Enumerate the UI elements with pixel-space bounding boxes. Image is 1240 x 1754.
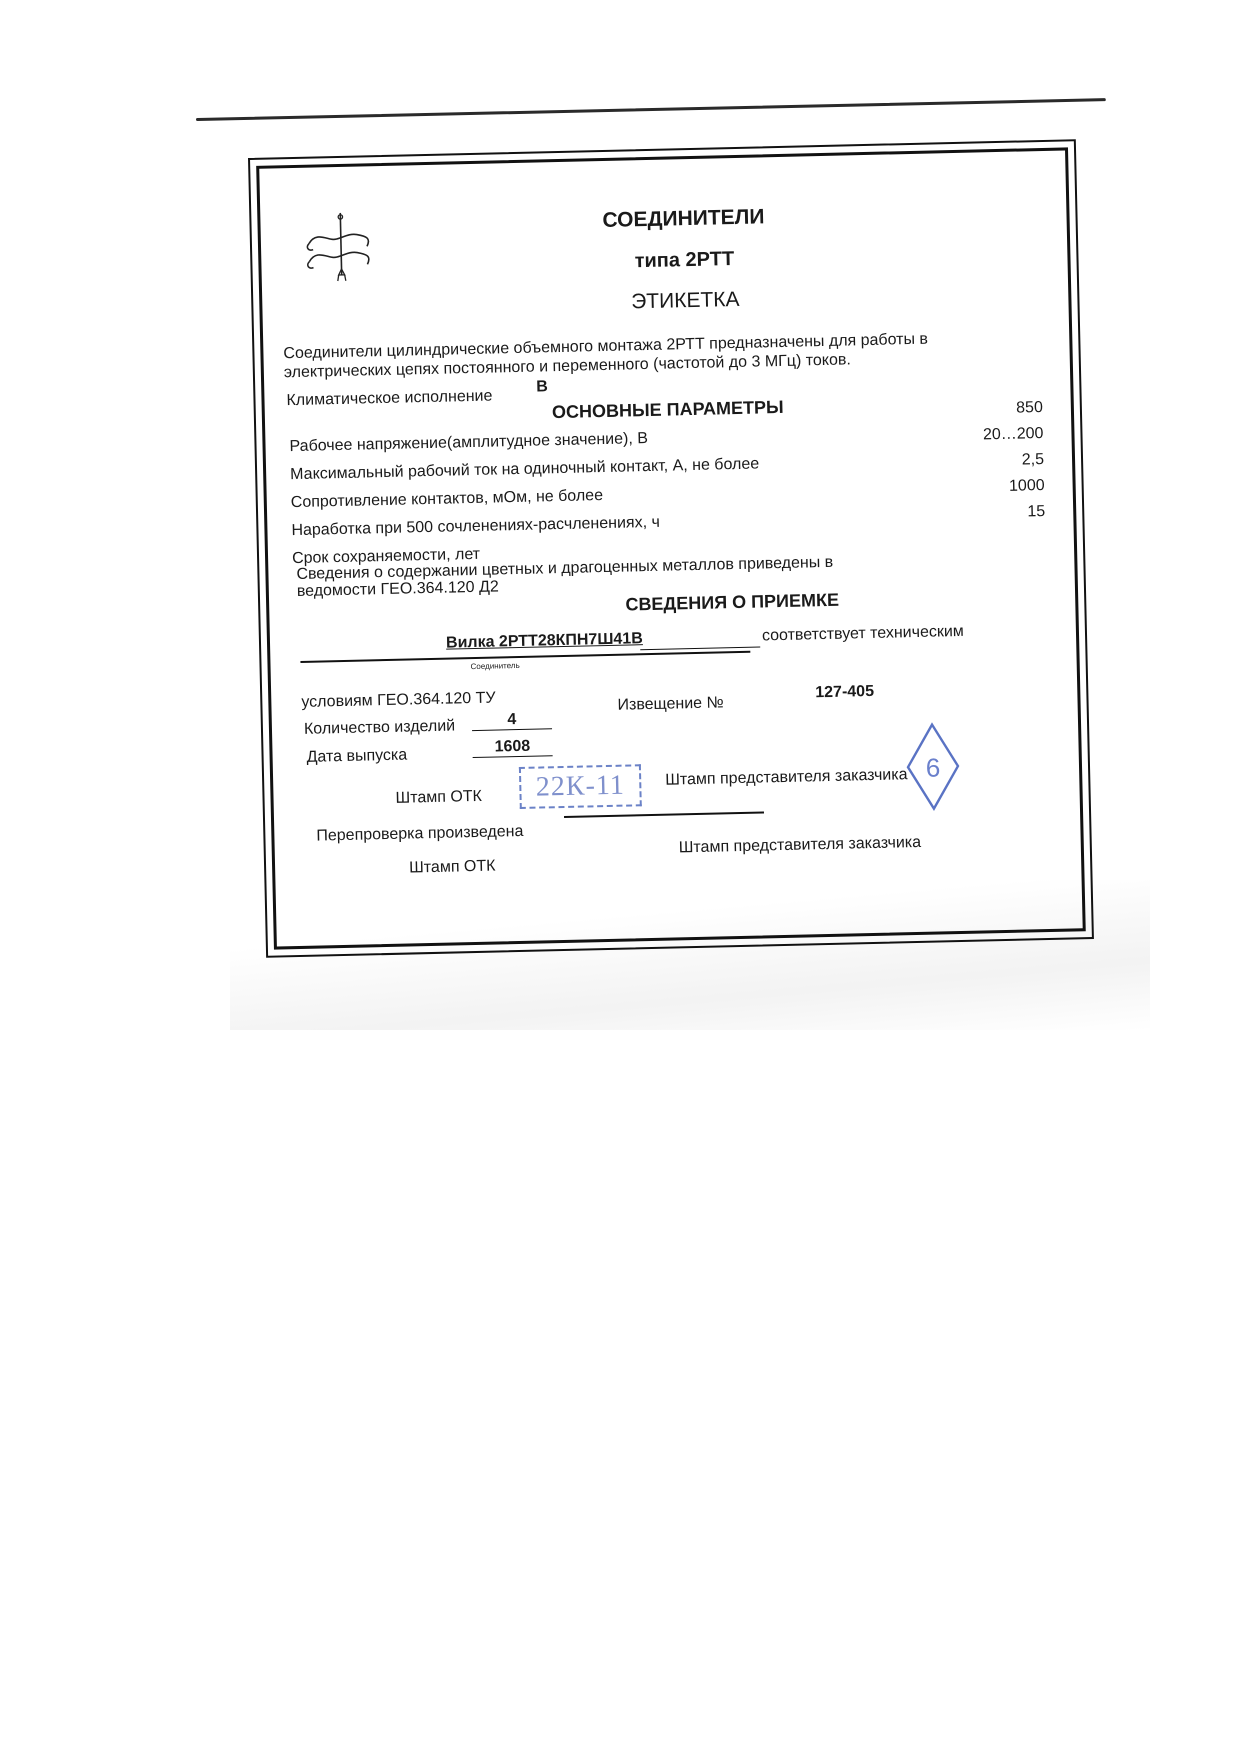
param-label: Рабочее напряжение(амплитудное значение)… — [289, 430, 648, 456]
recheck-signature-line — [564, 811, 764, 817]
label-type: типа 2РТТ — [261, 240, 1067, 281]
param-value: 850 — [1016, 399, 1043, 418]
customer-stamp-label-2: Штамп представителя заказчика — [679, 834, 922, 857]
param-value: 1000 — [1009, 477, 1045, 496]
notice-value: 127-405 — [815, 683, 874, 702]
product-label-inner-frame: СОЕДИНИТЕЛИ типа 2РТТ ЭТИКЕТКА Соедините… — [256, 147, 1086, 949]
label-doc-kind: ЭТИКЕТКА — [262, 280, 1068, 322]
svg-text:6: 6 — [925, 752, 940, 782]
param-value: 2,5 — [1022, 451, 1045, 470]
quantity-value: 4 — [472, 710, 552, 731]
release-date-value: 1608 — [472, 737, 552, 758]
product-caption: Соединитель — [470, 661, 519, 671]
otk-stamp-label: Штамп ОТК — [395, 788, 482, 808]
recheck-label: Перепроверка произведена — [316, 823, 523, 846]
product-name: Вилка 2РТТ28КПН7Ш41В — [446, 630, 643, 652]
scan-paper-edge — [196, 98, 1106, 121]
param-label: Наработка при 500 сочленениях-расчленени… — [291, 514, 660, 540]
param-label: Сопротивление контактов, мОм, не более — [291, 487, 604, 512]
technical-conditions: условиям ГЕО.364.120 ТУ — [301, 690, 496, 712]
param-value: 15 — [1027, 503, 1045, 521]
otk-stamp-label-2: Штамп ОТК — [409, 858, 496, 878]
label-heading: СОЕДИНИТЕЛИ — [260, 198, 1066, 240]
product-label-frame: СОЕДИНИТЕЛИ типа 2РТТ ЭТИКЕТКА Соедините… — [248, 139, 1094, 958]
product-underline-extension — [640, 647, 760, 651]
customer-stamp-label: Штамп представителя заказчика — [665, 766, 908, 789]
climate-value: В — [536, 378, 548, 396]
release-date-label: Дата выпуска — [306, 747, 407, 767]
product-underline — [300, 651, 750, 663]
otk-stamp: 22К-11 — [519, 764, 642, 809]
quantity-label: Количество изделий — [304, 717, 456, 738]
label-description: Соединители цилиндрические объемного мон… — [283, 329, 974, 383]
notice-label: Извещение № — [617, 694, 724, 714]
param-label: Максимальный рабочий ток на одиночный ко… — [290, 455, 759, 484]
param-value: 20…200 — [983, 425, 1044, 444]
conformity-text: соответствует техническим — [762, 623, 964, 646]
customer-acceptance-stamp-icon: 6 — [904, 721, 962, 812]
